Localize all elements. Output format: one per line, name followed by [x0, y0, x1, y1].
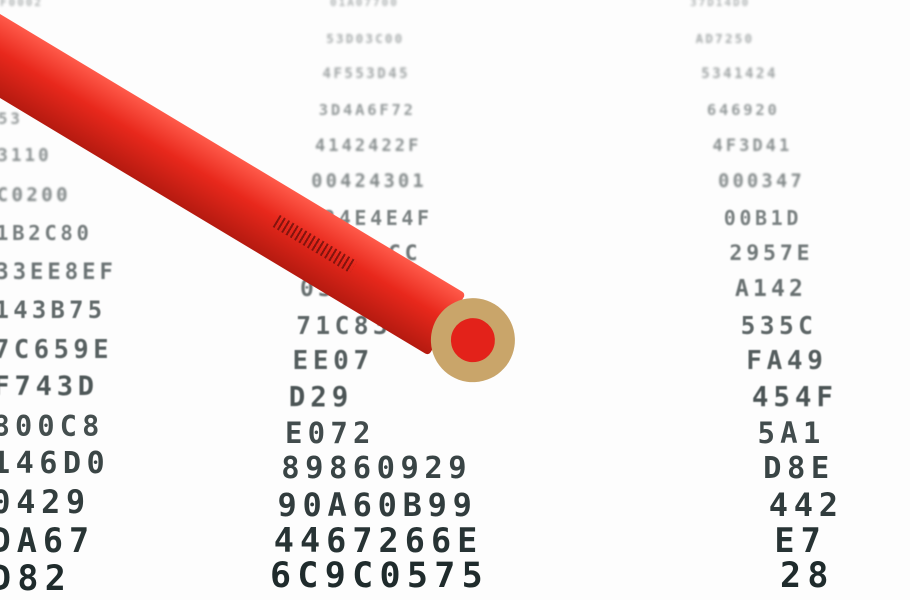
- hex-row: 53: [0, 109, 23, 128]
- hex-row: 442: [769, 486, 844, 524]
- hex-row: 6C9C0575: [270, 556, 489, 596]
- hex-row: 33EE8EF: [0, 259, 117, 285]
- hex-row: 2957E: [729, 241, 813, 266]
- hex-row: 3110: [0, 146, 52, 166]
- hex-row: 146D0: [0, 446, 110, 481]
- hex-row: 01A07700: [330, 0, 399, 9]
- hex-printout: F000235C14E533110C02001B2C8033EE8EF143B7…: [0, 0, 910, 600]
- hex-row: 5341424: [701, 66, 778, 82]
- hex-row: C0200: [0, 184, 71, 206]
- hex-row: 53D03C00: [326, 31, 404, 46]
- hex-row: D82: [0, 559, 72, 599]
- hex-row: 00B1D: [724, 206, 802, 230]
- hex-row: EE07: [293, 346, 374, 376]
- hex-row: 7C659E: [0, 334, 113, 364]
- hex-row: E7: [774, 521, 826, 560]
- hex-row: 143B75: [0, 296, 106, 324]
- hex-row: A142: [735, 276, 807, 302]
- hex-row: 90A60B99: [278, 486, 478, 524]
- red-pencil: [0, 0, 509, 381]
- hex-row: 00424301: [311, 171, 427, 192]
- hex-row: F743D: [0, 371, 99, 402]
- hex-row: 4F3D41: [713, 136, 793, 156]
- hex-row: 800C8: [0, 409, 105, 443]
- hex-row: 4467266E: [274, 521, 484, 560]
- hex-row: 28: [780, 556, 835, 596]
- hex-row: AD7250: [696, 31, 755, 46]
- barcode: [273, 215, 357, 273]
- hex-row: 3D4A6F72: [319, 101, 416, 119]
- hex-row: 535C: [741, 311, 818, 340]
- hex-row: 646920: [707, 101, 780, 119]
- hex-row: 1B2C80: [0, 221, 93, 245]
- hex-row: DA67: [0, 521, 95, 560]
- hex-row: D8E: [763, 451, 835, 486]
- hex-row: 89860929: [281, 451, 472, 486]
- hex-row: 454F: [752, 381, 838, 413]
- hex-row: FA49: [746, 346, 827, 376]
- hex-row: F0002: [0, 0, 43, 9]
- hex-row: 4F553D45: [323, 66, 411, 82]
- hex-row: E072: [285, 416, 376, 450]
- hex-row: 0429: [0, 484, 91, 521]
- hex-row: 37D14D0: [690, 0, 750, 9]
- hex-row: 4142422F: [315, 136, 421, 156]
- hex-row: 5A1: [758, 416, 826, 450]
- hex-row: D29: [289, 381, 354, 413]
- hex-row: 000347: [718, 171, 805, 192]
